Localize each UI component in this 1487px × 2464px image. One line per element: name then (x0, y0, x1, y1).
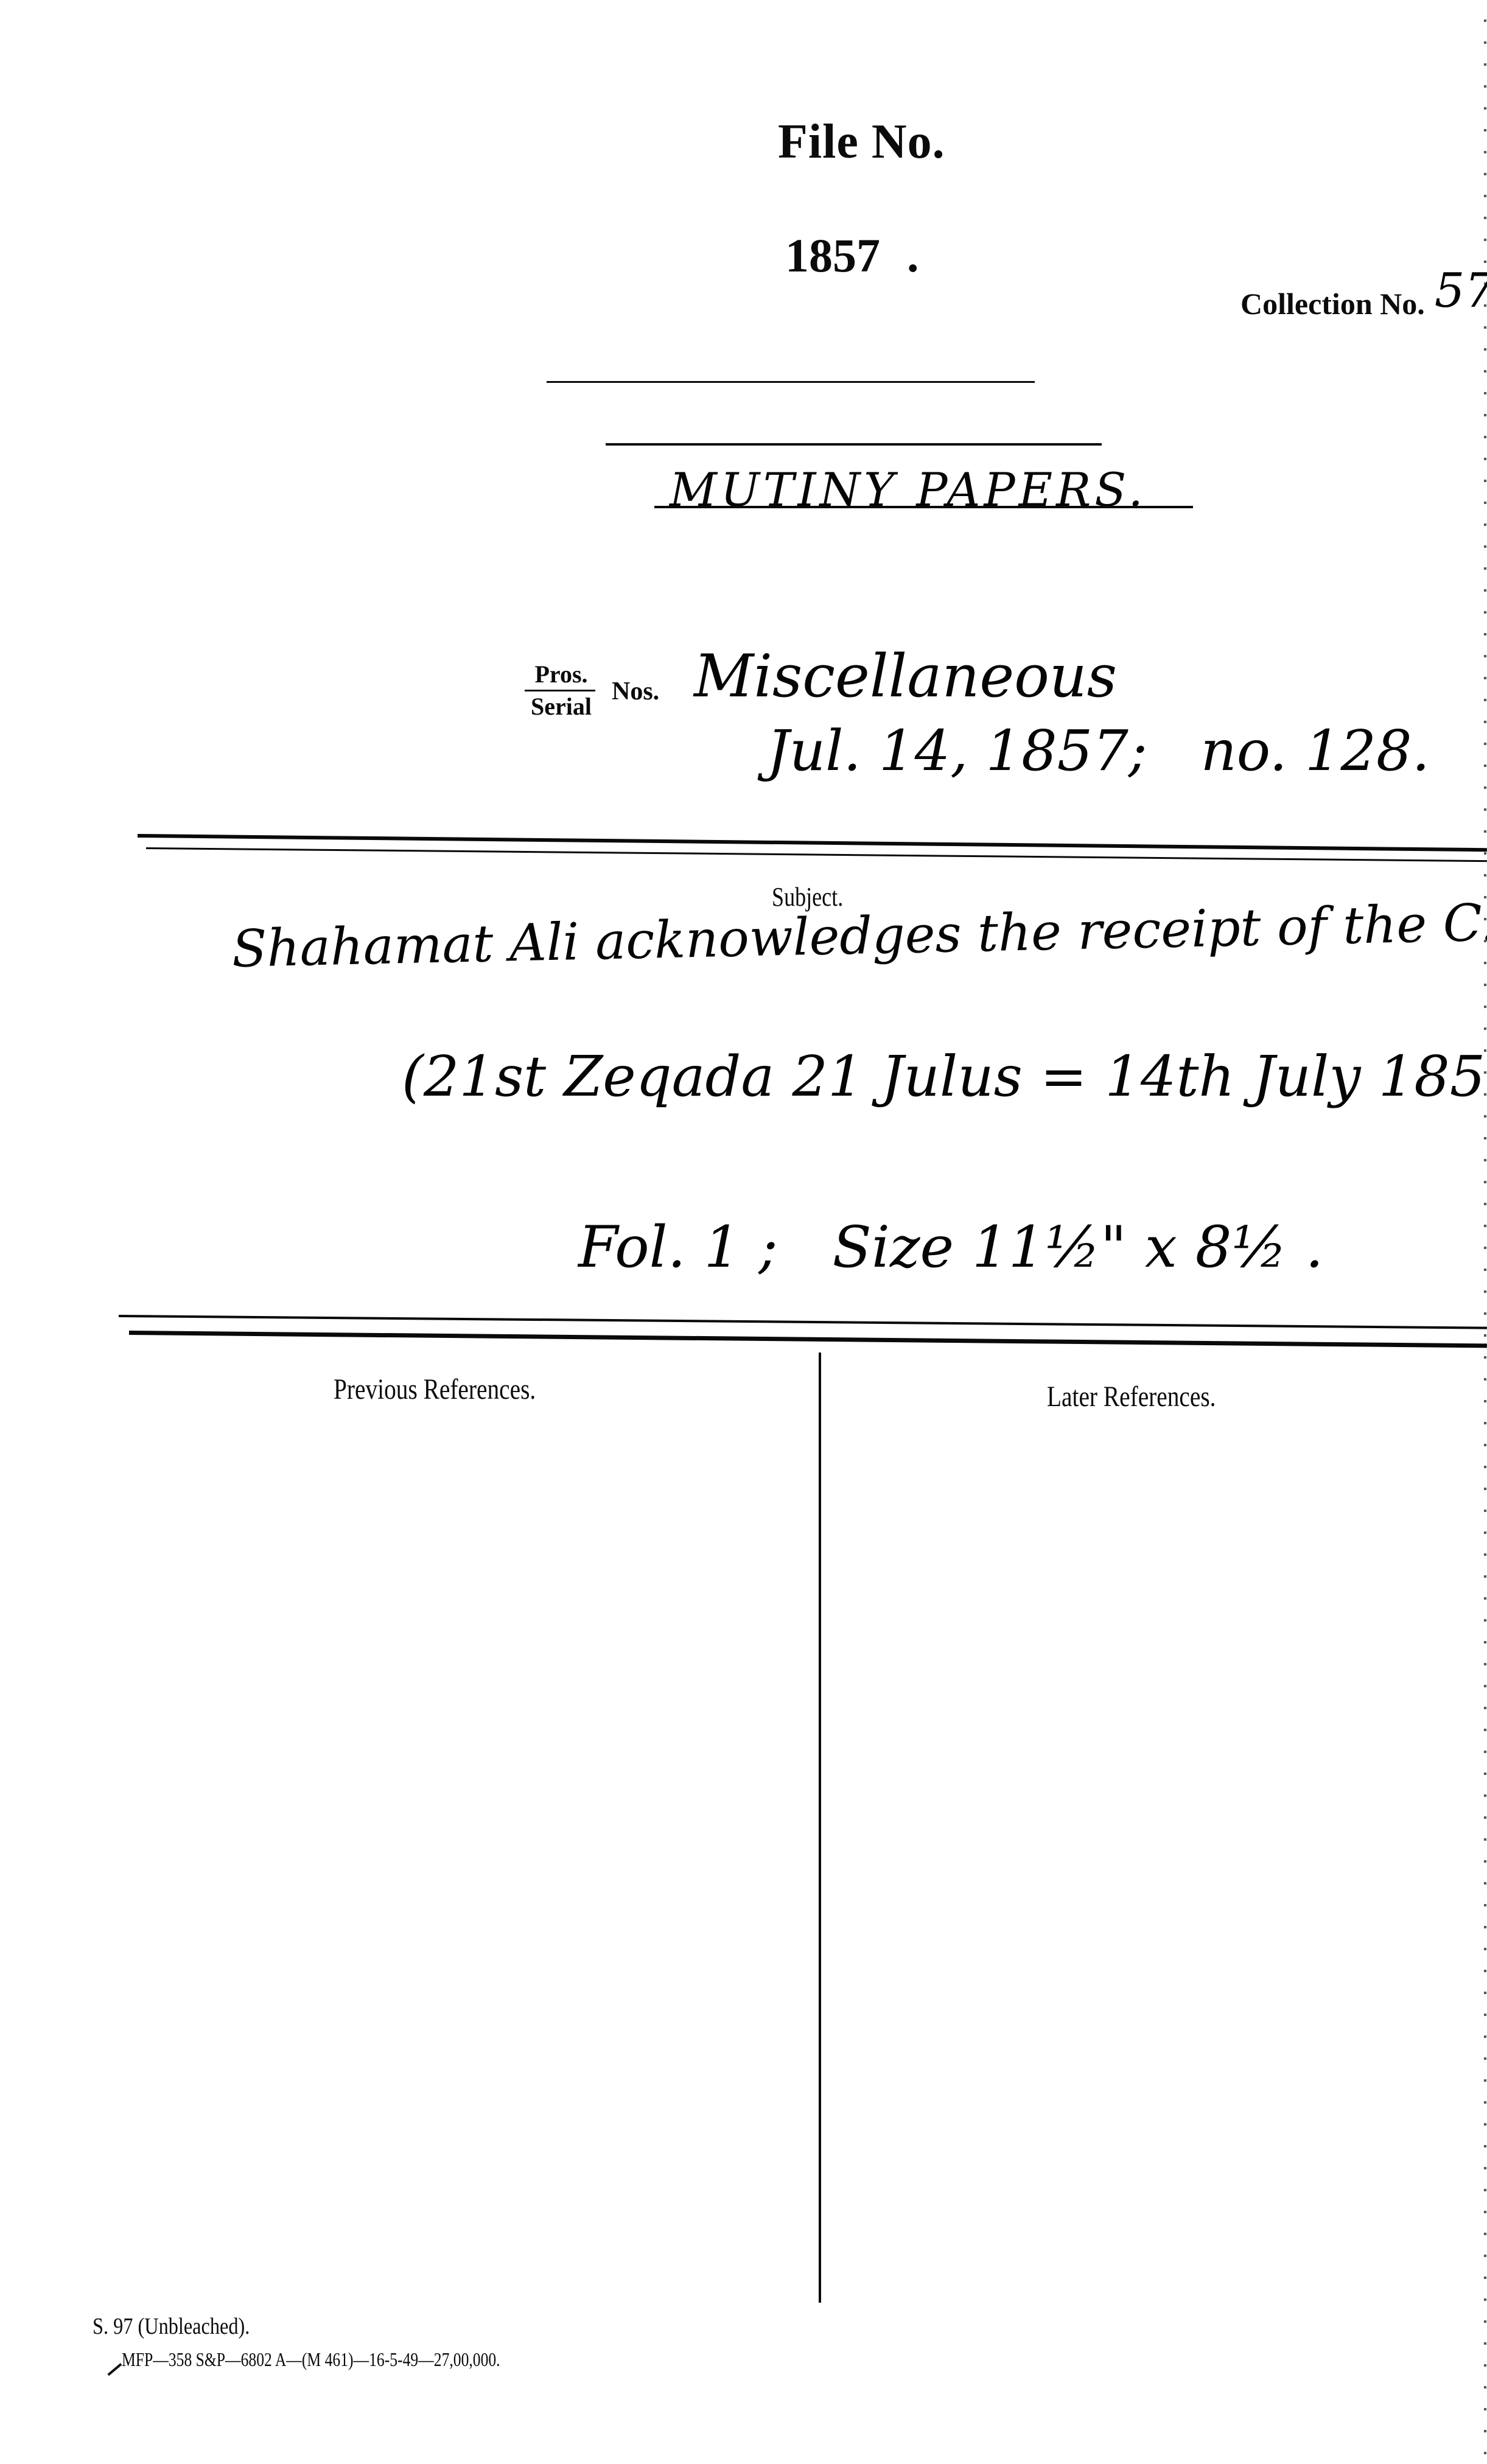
pros-serial-block: Pros. Serial (525, 660, 598, 721)
later-references-label: Later References. (1047, 1380, 1216, 1413)
mutiny-papers-heading: MUTINY PAPERS. (670, 463, 1147, 517)
top-rule-2 (606, 443, 1102, 446)
file-number: 1857 . (785, 228, 919, 283)
fraction-bar (525, 690, 595, 691)
references-rule-thick (129, 1331, 1487, 1348)
collection-label: Collection No. (1240, 287, 1425, 321)
footer-print-text: MFP—358 S&P—6802 A—(M 461)—16-5-49—27,00… (122, 2348, 500, 2371)
previous-references-area (138, 1424, 813, 2295)
later-references-area (828, 1424, 1479, 2295)
serial-label: Serial (525, 693, 598, 721)
page-edge (1484, 0, 1486, 2464)
top-rule-1 (547, 381, 1035, 383)
collection-number: Collection No. 57 (1240, 271, 1487, 326)
subject-line-3: Fol. 1 ; Size 11½" x 8½ . (578, 1214, 1323, 1281)
references-rule-thin (119, 1315, 1487, 1329)
heading-underline (654, 506, 1193, 508)
footer-form-line: S. 97 (Unbleached). (93, 2313, 250, 2340)
proceedings-reference: Jul. 14, 1857; no. 128. (767, 718, 1430, 783)
pros-label: Pros. (525, 660, 598, 688)
references-divider (819, 1353, 821, 2303)
subject-line-2: (21st Zeqada 21 Julus = 14th July 1857) (402, 1044, 1487, 1109)
file-label: File No. (778, 114, 945, 170)
file-number-dot: . (907, 229, 919, 282)
previous-references-label: Previous References. (334, 1373, 536, 1406)
subject-line-1: Shahamat Ali acknowledges the receipt of… (231, 888, 1487, 979)
proceedings-category: Miscellaneous (694, 642, 1117, 710)
pen-stroke-mark (107, 2363, 122, 2376)
file-number-text: 1857 (785, 229, 880, 282)
collection-number-value: 57 (1435, 264, 1487, 318)
footer-print-line: MFP—358 S&P—6802 A—(M 461)—16-5-49—27,00… (102, 2348, 595, 2371)
nos-label: Nos. (612, 677, 659, 706)
